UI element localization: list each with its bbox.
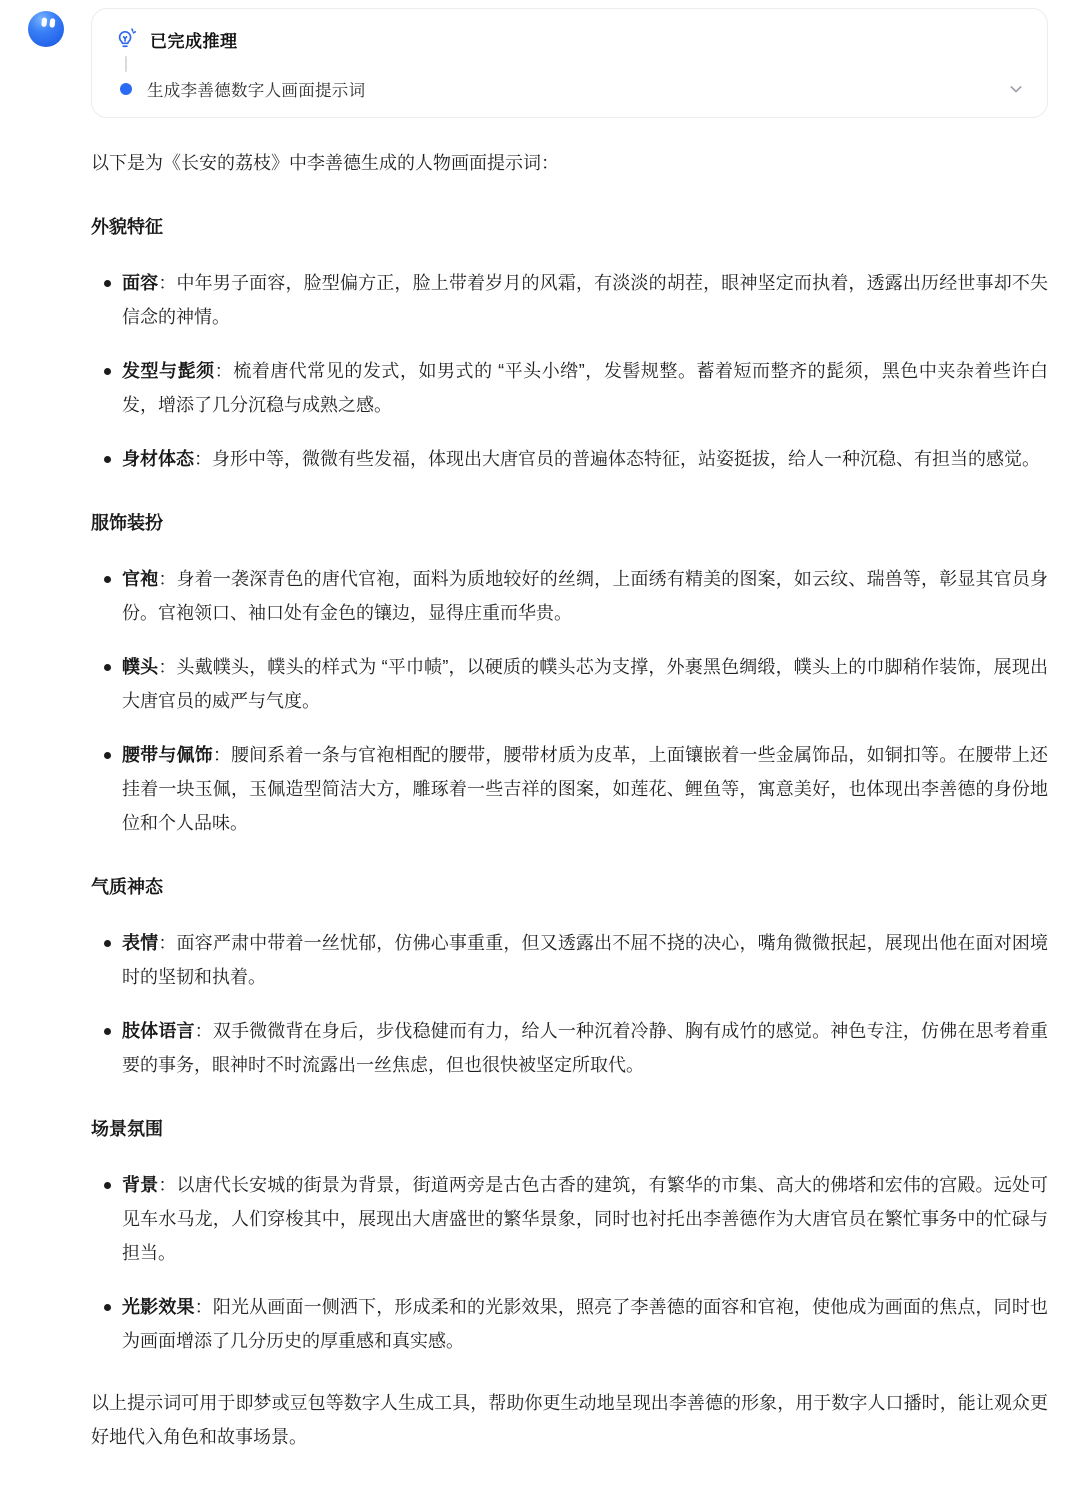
reasoning-card[interactable]: 已完成推理 生成李善德数字人画面提示词 <box>91 8 1048 118</box>
item-colon: ： <box>215 361 234 381</box>
assistant-message: 已完成推理 生成李善德数字人画面提示词 以下是为《长安的荔枝》中李善德生成的人物… <box>0 0 1080 1454</box>
item-colon: ： <box>158 657 176 677</box>
bullet-dot <box>104 280 111 287</box>
item-label: 腰带与佩饰 <box>122 745 213 765</box>
message-content: 已完成推理 生成李善德数字人画面提示词 以下是为《长安的荔枝》中李善德生成的人物… <box>91 8 1048 1454</box>
list-item: 身材体态：身形中等，微微有些发福，体现出大唐官员的普遍体态特征，站姿挺拔，给人一… <box>91 442 1048 476</box>
reasoning-status-title: 已完成推理 <box>150 27 238 52</box>
list-item: 光影效果：阳光从画面一侧洒下，形成柔和的光影效果，照亮了李善德的面容和官袍，使他… <box>91 1290 1048 1358</box>
reasoning-step-label: 生成李善德数字人画面提示词 <box>147 77 1007 101</box>
item-label: 发型与髭须 <box>122 361 215 381</box>
lightbulb-sparkle-icon <box>115 27 137 51</box>
reasoning-step-row: 生成李善德数字人画面提示词 <box>115 76 1025 102</box>
bullet-dot <box>104 456 111 463</box>
item-label: 光影效果 <box>122 1297 195 1317</box>
item-text: 身着一袭深青色的唐代官袍，面料为质地较好的丝绸，上面绣有精美的图案，如云纹、瑞兽… <box>122 569 1048 623</box>
item-label: 肢体语言 <box>122 1021 195 1041</box>
doubao-mascot-icon <box>27 10 65 48</box>
bullet-list-appearance: 面容：中年男子面容，脸型偏方正，脸上带着岁月的风霜，有淡淡的胡茬，眼神坚定而执着… <box>91 266 1048 476</box>
list-item: 腰带与佩饰：腰间系着一条与官袍相配的腰带，腰带材质为皮革，上面镶嵌着一些金属饰品… <box>91 738 1048 840</box>
item-colon: ： <box>158 273 176 293</box>
list-item: 官袍：身着一袭深青色的唐代官袍，面料为质地较好的丝绸，上面绣有精美的图案，如云纹… <box>91 562 1048 630</box>
item-label: 面容 <box>122 273 158 293</box>
bullet-dot <box>104 576 111 583</box>
chevron-down-icon[interactable] <box>1007 80 1025 98</box>
section-title-scene: 场景氛围 <box>91 1112 1048 1146</box>
bullet-dot <box>104 1182 111 1189</box>
bullet-dot <box>104 664 111 671</box>
list-item: 背景：以唐代长安城的街景为背景，街道两旁是古色古香的建筑，有繁华的市集、高大的佛… <box>91 1168 1048 1270</box>
bullet-dot <box>104 1304 111 1311</box>
assistant-avatar <box>27 10 65 48</box>
bullet-dot <box>104 1028 111 1035</box>
item-label: 官袍 <box>122 569 158 589</box>
bullet-list-attire: 官袍：身着一袭深青色的唐代官袍，面料为质地较好的丝绸，上面绣有精美的图案，如云纹… <box>91 562 1048 840</box>
list-item: 面容：中年男子面容，脸型偏方正，脸上带着岁月的风霜，有淡淡的胡茬，眼神坚定而执着… <box>91 266 1048 334</box>
item-label: 身材体态 <box>122 449 194 469</box>
list-item: 发型与髭须：梳着唐代常见的发式，如男式的 “平头小绺”，发髻规整。蓄着短而整齐的… <box>91 354 1048 422</box>
bullet-list-scene: 背景：以唐代长安城的街景为背景，街道两旁是古色古香的建筑，有繁华的市集、高大的佛… <box>91 1168 1048 1358</box>
item-colon: ： <box>195 1297 213 1317</box>
item-label: 背景 <box>122 1175 158 1195</box>
step-connector-line <box>125 56 127 72</box>
item-colon: ： <box>213 745 231 765</box>
item-text: 双手微微背在身后，步伐稳健而有力，给人一种沉着冷静、胸有成竹的感觉。神色专注，仿… <box>122 1021 1048 1075</box>
item-text: 面容严肃中带着一丝忧郁，仿佛心事重重，但又透露出不屈不挠的决心，嘴角微微抿起，展… <box>122 933 1048 987</box>
reasoning-status-row: 已完成推理 <box>115 26 1025 52</box>
bullet-dot <box>104 368 111 375</box>
section-title-appearance: 外貌特征 <box>91 210 1048 244</box>
item-text: 以唐代长安城的街景为背景，街道两旁是古色古香的建筑，有繁华的市集、高大的佛塔和宏… <box>122 1175 1048 1263</box>
list-item: 肢体语言：双手微微背在身后，步伐稳健而有力，给人一种沉着冷静、胸有成竹的感觉。神… <box>91 1014 1048 1082</box>
item-text: 阳光从画面一侧洒下，形成柔和的光影效果，照亮了李善德的面容和官袍，使他成为画面的… <box>122 1297 1048 1351</box>
intro-paragraph: 以下是为《长安的荔枝》中李善德生成的人物画面提示词： <box>91 146 1048 180</box>
answer-body: 以下是为《长安的荔枝》中李善德生成的人物画面提示词： 外貌特征 面容：中年男子面… <box>91 146 1048 1454</box>
item-label: 表情 <box>122 933 158 953</box>
item-label: 幞头 <box>122 657 158 677</box>
item-text: 身形中等，微微有些发福，体现出大唐官员的普遍体态特征，站姿挺拔，给人一种沉稳、有… <box>212 449 1040 469</box>
list-item: 表情：面容严肃中带着一丝忧郁，仿佛心事重重，但又透露出不屈不挠的决心，嘴角微微抿… <box>91 926 1048 994</box>
bullet-list-demeanor: 表情：面容严肃中带着一丝忧郁，仿佛心事重重，但又透露出不屈不挠的决心，嘴角微微抿… <box>91 926 1048 1082</box>
bullet-dot <box>104 752 111 759</box>
bullet-dot <box>104 940 111 947</box>
section-title-demeanor: 气质神态 <box>91 870 1048 904</box>
item-colon: ： <box>158 1175 176 1195</box>
item-colon: ： <box>194 449 212 469</box>
step-bullet-dot <box>120 83 132 95</box>
outro-paragraph: 以上提示词可用于即梦或豆包等数字人生成工具，帮助你更生动地呈现出李善德的形象，用… <box>91 1386 1048 1454</box>
item-text: 梳着唐代常见的发式，如男式的 “平头小绺”，发髻规整。蓄着短而整齐的髭须，黑色中… <box>122 361 1048 415</box>
item-colon: ： <box>158 569 176 589</box>
item-colon: ： <box>158 933 176 953</box>
item-text: 头戴幞头，幞头的样式为 “平巾帻”，以硬质的幞头芯为支撑，外裹黑色绸缎，幞头上的… <box>122 657 1048 711</box>
item-text: 中年男子面容，脸型偏方正，脸上带着岁月的风霜，有淡淡的胡茬，眼神坚定而执着，透露… <box>122 273 1048 327</box>
list-item: 幞头：头戴幞头，幞头的样式为 “平巾帻”，以硬质的幞头芯为支撑，外裹黑色绸缎，幞… <box>91 650 1048 718</box>
item-text: 腰间系着一条与官袍相配的腰带，腰带材质为皮革，上面镶嵌着一些金属饰品，如铜扣等。… <box>122 745 1048 833</box>
section-title-attire: 服饰装扮 <box>91 506 1048 540</box>
item-colon: ： <box>195 1021 213 1041</box>
